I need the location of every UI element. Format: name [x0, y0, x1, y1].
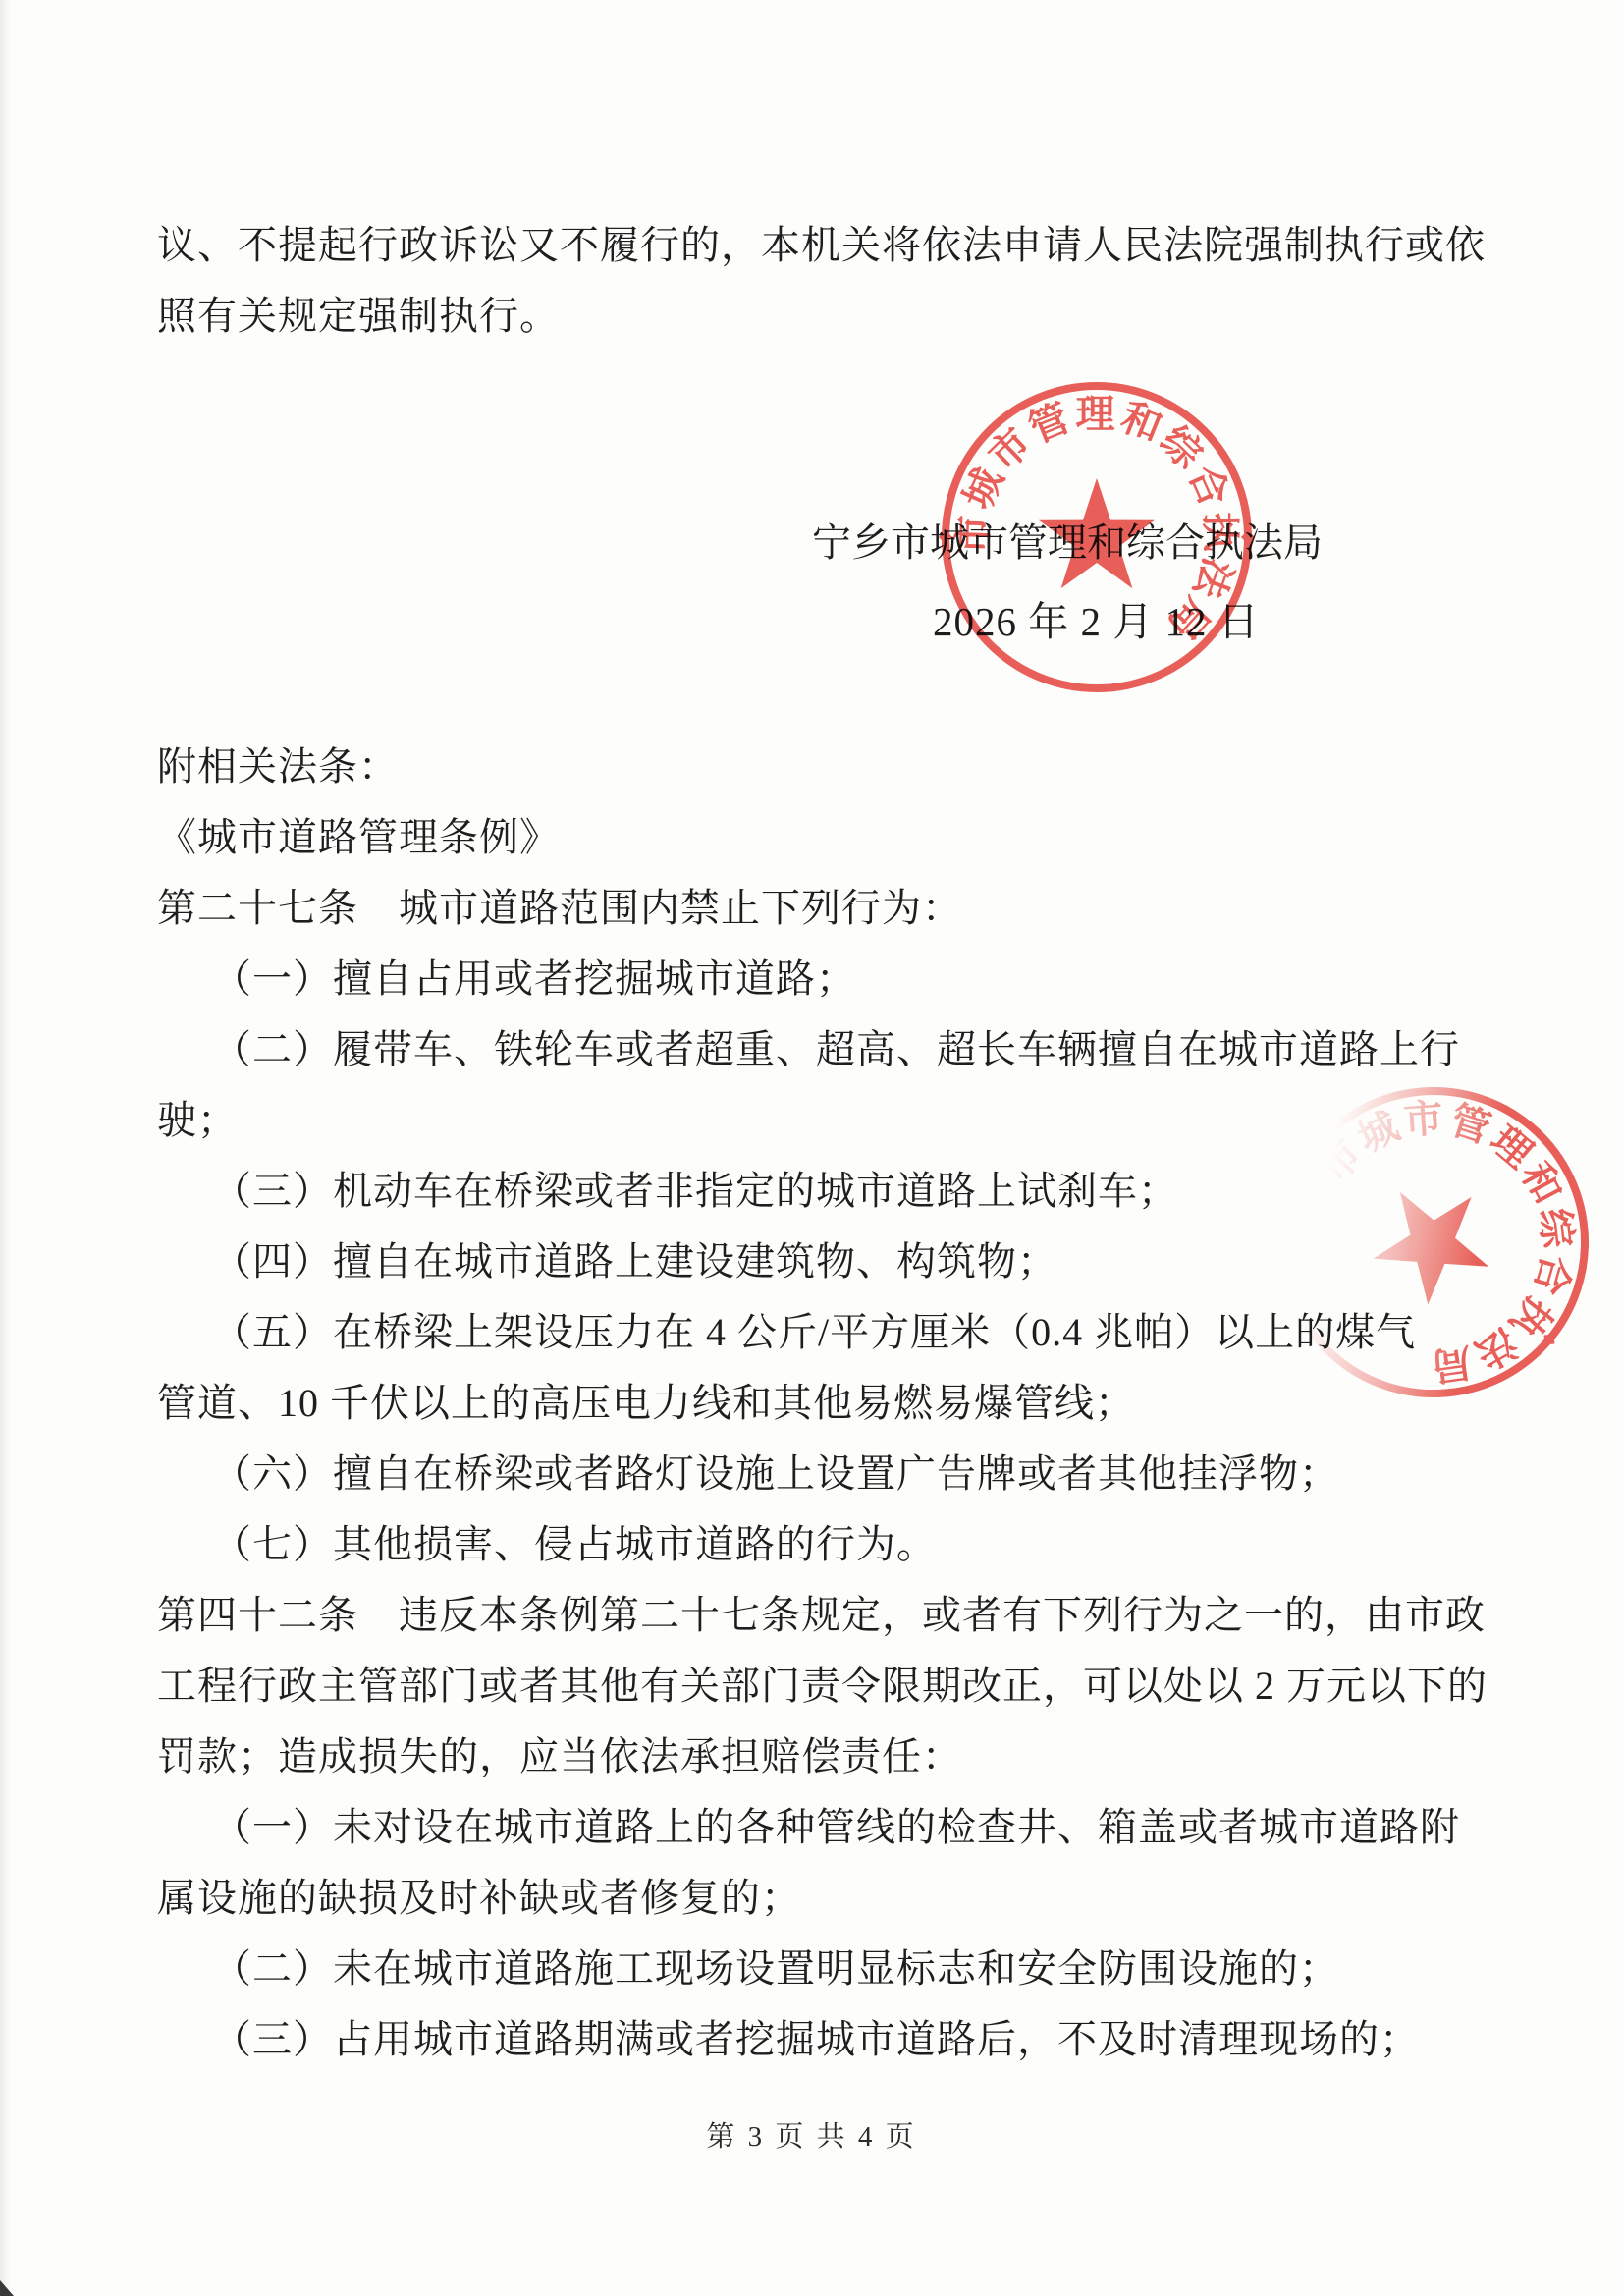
legal-line: 第四十二条 违反本条例第二十七条规定，或者有下列行为之一的，由市政: [157, 1580, 1488, 1651]
official-seal-graphic: 宁乡市城市管理和综合执法局: [930, 370, 1264, 704]
legal-line: （三）占用城市道路期满或者挖掘城市道路后，不及时清理现场的；: [157, 2004, 1488, 2075]
legal-line: 第二十七条 城市道路范围内禁止下列行为：: [157, 873, 1488, 944]
legal-line: 罚款；造成损失的，应当依法承担赔偿责任：: [157, 1722, 1488, 1792]
seal-left-mark: [1313, 1140, 1324, 1151]
partial-seal: 宁乡市城市管理和综合执法局: [1267, 1075, 1600, 1409]
legal-line: （一）擅自占用或者挖掘城市道路；: [157, 944, 1488, 1014]
legal-line: 工程行政主管部门或者其他有关部门责令限期改正，可以处以 2 万元以下的: [157, 1651, 1488, 1722]
legal-line: 属设施的缺损及时补缺或者修复的；: [157, 1863, 1488, 1934]
seal-right-mark: [1544, 1335, 1555, 1345]
law-title: 《城市道路管理条例》: [157, 802, 1488, 873]
intro-paragraph: 议、不提起行政诉讼又不履行的，本机关将依法申请人民法院强制执行或依 照有关规定强…: [157, 210, 1486, 352]
seal-right-mark: [1241, 530, 1255, 544]
attachment-heading: 附相关法条：: [157, 732, 1488, 802]
paragraph-line: 照有关规定强制执行。: [157, 281, 1486, 352]
official-seal: 宁乡市城市管理和综合执法局: [930, 370, 1264, 704]
seal-star-icon: [1039, 478, 1155, 588]
page-footer: 第 3 页 共 4 页: [0, 2113, 1623, 2160]
seal-left-mark: [939, 530, 952, 544]
legal-line: （二）未在城市道路施工现场设置明显标志和安全防围设施的；: [157, 1934, 1488, 2004]
legal-line: （一）未对设在城市道路上的各种管线的检查井、箱盖或者城市道路附: [157, 1792, 1488, 1863]
seal-star-icon: [1356, 1160, 1516, 1319]
document-page: 议、不提起行政诉讼又不履行的，本机关将依法申请人民法院强制执行或依 照有关规定强…: [0, 0, 1623, 2296]
legal-line: （七）其他损害、侵占城市道路的行为。: [157, 1509, 1488, 1580]
scan-edge-shadow: [0, 0, 10, 2296]
legal-line: （六）擅自在桥梁或者路灯设施上设置广告牌或者其他挂浮物；: [157, 1439, 1488, 1509]
paragraph-line: 议、不提起行政诉讼又不履行的，本机关将依法申请人民法院强制执行或依: [157, 210, 1486, 281]
